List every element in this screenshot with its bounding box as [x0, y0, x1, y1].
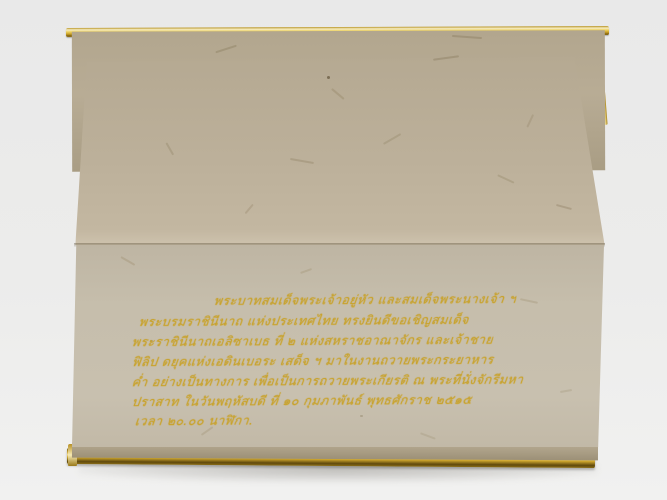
calligraphy-line: ฟิลิป ดยุคแห่งเอดินเบอระ เสด็จ ฯ มาในงาน…	[131, 350, 495, 372]
calligraphy-line: ค่ำ อย่างเป็นทางการ เพื่อเป็นการถวายพระเ…	[131, 370, 525, 392]
paper-fiber-fleck	[360, 415, 363, 417]
calligraphy-line: พระราชินีนาถเอลิซาเบธ ที่ ๒ แห่งสหราชอาณ…	[131, 330, 495, 352]
calligraphy-line: ปราสาท ในวันพฤหัสบดี ที่ ๑๐ กุมภาพันธ์ พ…	[131, 390, 474, 411]
photograph-scene: พระบาทสมเด็จพระเจ้าอยู่หัว และสมเด็จพระน…	[0, 0, 667, 500]
calligraphy-line: พระบรมราชินีนาถ แห่งประเทศไทย ทรงยินดีขอ…	[138, 310, 470, 331]
calligraphy-line: พระบาทสมเด็จพระเจ้าอยู่หัว และสมเด็จพระน…	[213, 289, 518, 310]
paper-fiber-fleck	[327, 76, 330, 79]
folded-flap-paper	[70, 55, 610, 245]
calligraphy-line: เวลา ๒๐.๐๐ นาฬิกา.	[134, 411, 255, 431]
